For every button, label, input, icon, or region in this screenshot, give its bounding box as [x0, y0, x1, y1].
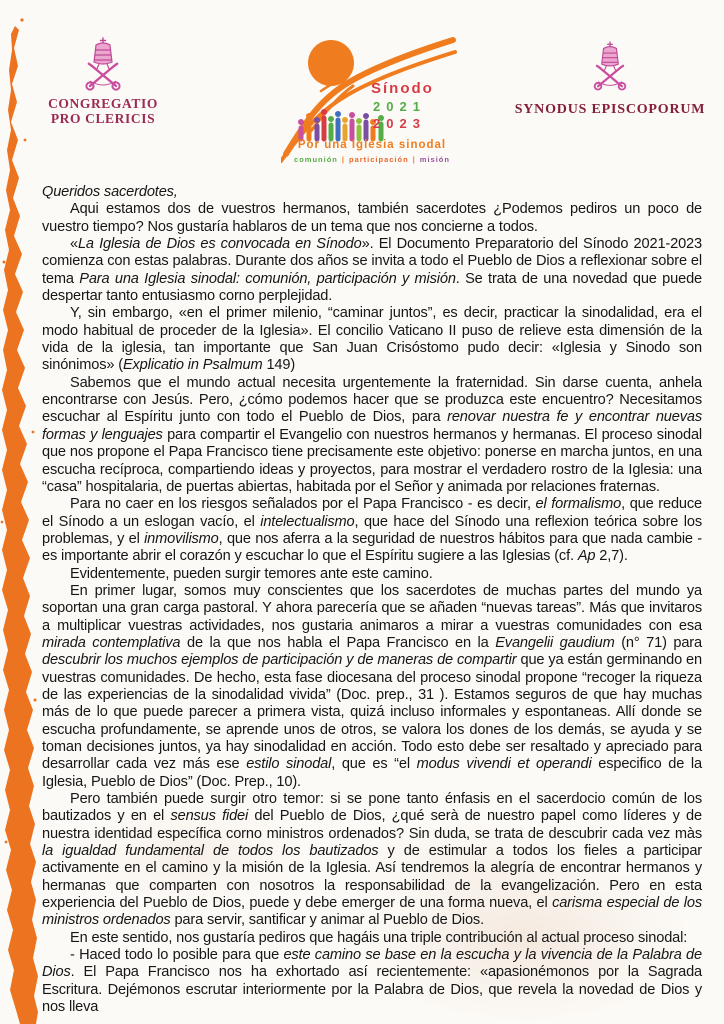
keyword-mision: misión — [420, 155, 450, 164]
synod-logo-tagline: Por una Iglesia sinodal — [281, 139, 463, 151]
letter-paragraph: En este sentido, nos gustaría pediros qu… — [42, 930, 702, 947]
letter-paragraph: Sabemos que el mundo actual necesita urg… — [42, 375, 702, 496]
keyword-participacion: participación — [349, 155, 409, 164]
letter-paragraph: Queridos sacerdotes, — [42, 184, 702, 201]
congregatio-block: CONGREGATIO PRO CLERICIS — [38, 36, 168, 126]
letter-paragraph: Aqui estamos dos de vuestros hermanos, t… — [42, 201, 702, 236]
synodus-title: SYNODUS EPISCOPORUM — [505, 102, 715, 118]
keyword-separator: | — [413, 155, 416, 164]
synod-logo-title: Sínodo — [371, 80, 434, 97]
synod-logo-year-2023: 2023 — [373, 116, 426, 131]
congregatio-title-line2: PRO CLERICIS — [38, 111, 168, 126]
letter-paragraph: - Haced todo lo posible para que este ca… — [42, 947, 702, 1016]
letter-paragraph: «La Iglesia de Dios es convocada en Síno… — [42, 236, 702, 305]
synodus-block: SYNODUS EPISCOPORUM — [505, 40, 715, 118]
letter-body: Queridos sacerdotes,Aqui estamos dos de … — [42, 184, 702, 1017]
orange-brush-stripe — [0, 0, 44, 1024]
congregatio-title-line1: CONGREGATIO — [38, 96, 168, 111]
vatican-crest-icon — [586, 40, 634, 92]
letter-paragraph: Y, sin embargo, «en el primer milenio, “… — [42, 305, 702, 374]
letter-paragraph: Evidentemente, pueden surgir temores ant… — [42, 566, 702, 583]
congregatio-title: CONGREGATIO PRO CLERICIS — [38, 96, 168, 126]
letter-paragraph: Pero también puede surgir otro temor: si… — [42, 791, 702, 930]
letter-paragraph: Para no caer en los riesgos señalados po… — [42, 496, 702, 565]
keyword-separator: | — [342, 155, 345, 164]
synod-logo: Sínodo 2021 2023 Por una Iglesia sinodal… — [281, 36, 463, 170]
vatican-crest-icon — [77, 36, 129, 92]
letter-page: CONGREGATIO PRO CLERICIS — [0, 0, 724, 1024]
synod-logo-keywords: comunión|participación|misión — [281, 155, 463, 164]
synod-logo-year-2021: 2021 — [373, 99, 426, 114]
letter-paragraph: En primer lugar, somos muy conscientes q… — [42, 583, 702, 791]
keyword-comunion: comunión — [294, 155, 338, 164]
